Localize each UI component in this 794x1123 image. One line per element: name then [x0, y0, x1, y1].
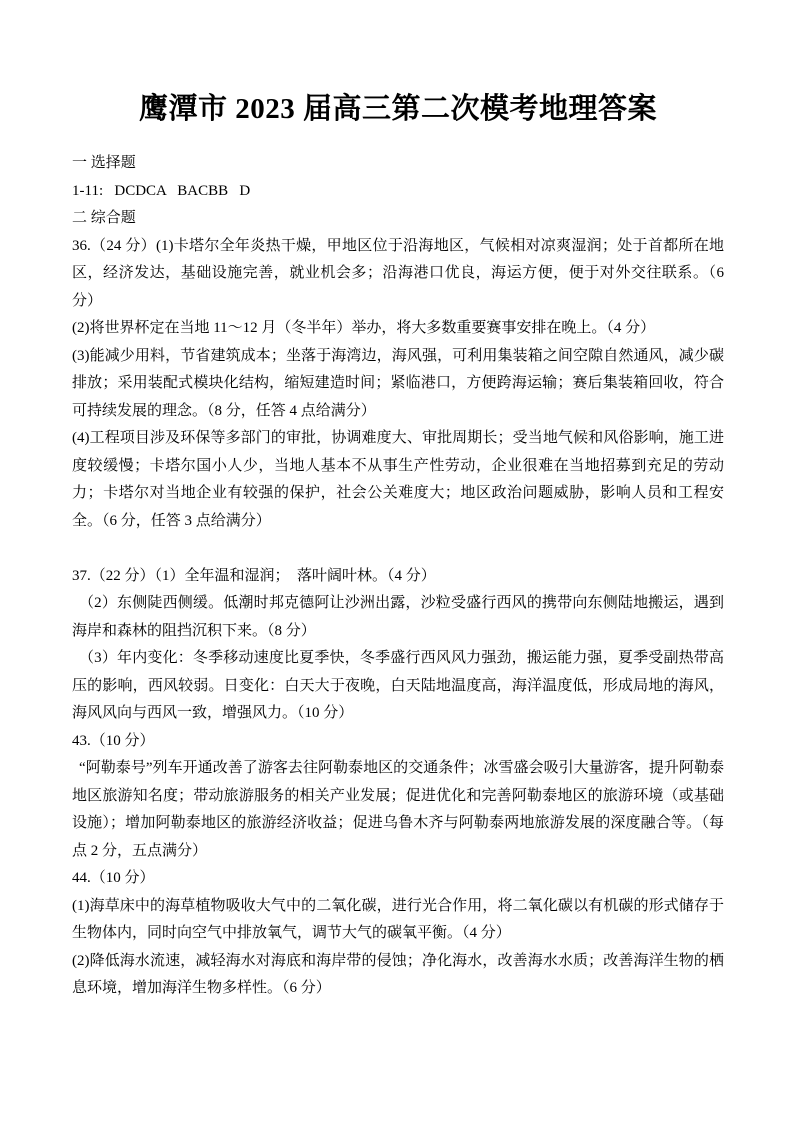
answer-q37-part1: 37.（22 分）（1）全年温和湿润； 落叶阔叶林。（4 分） — [72, 563, 724, 591]
document-page: 鹰潭市 2023 届高三第二次模考地理答案 一 选择题 1-11: DCDCA … — [0, 0, 794, 1123]
answer-q44-heading: 44.（10 分） — [72, 865, 724, 893]
document-title: 鹰潭市 2023 届高三第二次模考地理答案 — [72, 90, 724, 129]
section-heading-multiple-choice: 一 选择题 — [72, 150, 724, 178]
answer-q44-part1: (1)海草床中的海草植物吸收大气中的二氧化碳，进行光合作用，将二氧化碳以有机碳的… — [72, 893, 724, 948]
answer-q37-part2: （2）东侧陡西侧缓。低潮时邦克德阿让沙洲出露，沙粒受盛行西风的携带向东侧陆地搬运… — [72, 590, 724, 645]
answer-q36-part2: (2)将世界杯定在当地 11～12 月（冬半年）举办，将大多数重要赛事安排在晚上… — [72, 315, 724, 343]
answer-q43-body: “阿勒泰号”列车开通改善了游客去往阿勒泰地区的交通条件；冰雪盛会吸引大量游客，提… — [72, 755, 724, 865]
multiple-choice-answers: 1-11: DCDCA BACBB D — [72, 178, 724, 206]
answer-q43-heading: 43.（10 分） — [72, 728, 724, 756]
answer-q36-part4: (4)工程项目涉及环保等多部门的审批，协调难度大、审批周期长；受当地气候和风俗影… — [72, 425, 724, 535]
section-heading-comprehensive: 二 综合题 — [72, 205, 724, 233]
answer-q36-part1: 36.（24 分）(1)卡塔尔全年炎热干燥，甲地区位于沿海地区，气候相对凉爽湿润… — [72, 233, 724, 316]
answer-q44-part2: (2)降低海水流速，减轻海水对海底和海岸带的侵蚀；净化海水，改善海水水质；改善海… — [72, 948, 724, 1003]
blank-line — [72, 535, 724, 563]
answer-q36-part3: (3)能减少用料，节省建筑成本；坐落于海湾边，海风强，可利用集装箱之间空隙自然通… — [72, 343, 724, 426]
answer-q37-part3: （3）年内变化：冬季移动速度比夏季快，冬季盛行西风风力强劲，搬运能力强，夏季受副… — [72, 645, 724, 728]
